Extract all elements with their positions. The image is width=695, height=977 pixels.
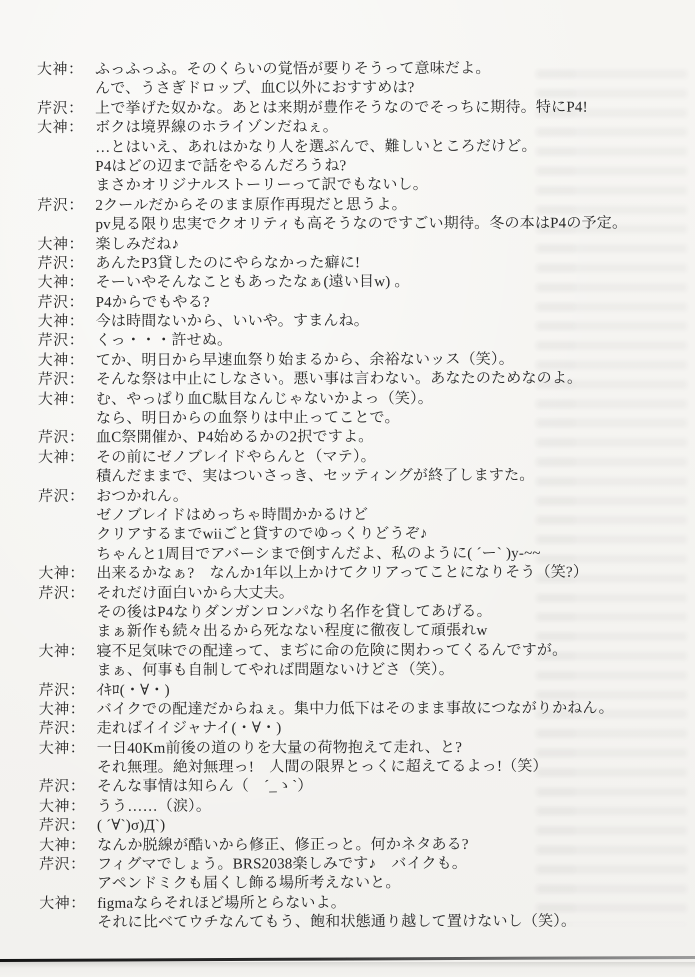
dialogue-line: 芹沢： それだけ面白いから大丈夫。 <box>38 583 668 604</box>
speaker-label: 芹沢： <box>39 817 97 837</box>
speaker-label: 大神： <box>38 274 96 294</box>
speaker-label: 大神： <box>39 798 97 818</box>
line-text: その前にゼノブレイドやらんと（マテ）。 <box>96 447 668 468</box>
line-text: pv見る限り忠実でクオリティも高そうなのですごい期待。冬の本はP4の予定。 <box>95 214 667 235</box>
line-text: そんな事情は知らん（ ´_ゝ`） <box>97 777 669 798</box>
dialogue-line: 大神： そーいやそんなこともあったなぁ(遠い目w) 。 <box>38 273 668 294</box>
dialogue-line: アペンドミクも届くし飾る場所考えないと。 <box>39 874 669 895</box>
speaker-label: 芹沢： <box>37 197 95 217</box>
dialogue-line: 芹沢： 走ればイイジャナイ(・∀・) <box>39 719 669 740</box>
dialogue-line: 大神： ふっふっふ。そのくらいの覚悟が要りそうって意味だよ。 <box>37 59 667 80</box>
dialogue-line: ゼノブレイドはめっちゃ時間かかるけど <box>38 505 668 526</box>
line-text: てか、明日から早速血祭り始まるから、余裕ないッス（笑）。 <box>96 350 668 371</box>
speaker-label: 大神： <box>37 119 95 139</box>
dialogue-line: 芹沢： くっ・・・許せぬ。 <box>38 331 668 352</box>
line-text: 出来るかなぁ? なんか1年以上かけてクリアってことになりそう（笑?） <box>96 564 668 585</box>
line-text: なんか脱線が酷いから修正、修正っと。何かネタある? <box>97 835 669 856</box>
dialogue-line: 芹沢： あんたP3貸したのにやらなかった癖に! <box>38 253 668 274</box>
dialogue-line: 大神： 今は時間ないから、いいや。すまんね。 <box>38 311 668 332</box>
dialogue-line: なら、明日からの血祭りは中止ってことで。 <box>38 408 668 429</box>
line-text: 一日40Km前後の道のりを大量の荷物抱えて走れ、と? <box>97 738 669 759</box>
dialogue-line: 大神： figmaならそれほど場所とらないよ。 <box>39 893 669 914</box>
line-text: んで、うさぎドロップ、血C以外におすすめは? <box>95 79 667 100</box>
dialogue-line: 大神： 出来るかなぁ? なんか1年以上かけてクリアってことになりそう（笑?） <box>38 564 668 585</box>
dialogue-line: 大神： うう……（涙）。 <box>39 796 669 817</box>
speaker-label: 大神： <box>39 643 97 663</box>
dialogue-line: P4はどの辺まで話をやるんだろうね? <box>37 156 667 177</box>
line-text: P4からでもやる? <box>96 292 668 313</box>
line-text: クリアするまでwiiごと貸すのでゆっくりどうぞ♪ <box>96 525 668 546</box>
line-text: ふっふっふ。そのくらいの覚悟が要りそうって意味だよ。 <box>95 59 667 80</box>
dialogue-line: 大神： なんか脱線が酷いから修正、修正っと。何かネタある? <box>39 835 669 856</box>
dialogue-line: 芹沢： フィグマでしょう。BRS2038楽しみです♪ バイクも。 <box>39 854 669 875</box>
line-text: あんたP3貸したのにやらなかった癖に! <box>96 253 668 274</box>
speaker-label: 芹沢： <box>39 856 97 876</box>
dialogue-line: 芹沢： おつかれん。 <box>38 486 668 507</box>
dialogue-line: 芹沢： 上で挙げた奴かな。あとは来期が豊作そうなのでそっちに期待。特にP4! <box>37 98 667 119</box>
line-text: まさかオリジナルストーリーって訳でもないし。 <box>95 176 667 197</box>
line-text: 血C祭開催か、P4始めるかの2択ですよ。 <box>96 428 668 449</box>
dialogue-line: まぁ、何事も自制してやれば問題ないけどさ（笑）。 <box>39 660 669 681</box>
dialogue-line: ちゃんと1周目でアバーシまで倒すんだよ、私のように( ´ー` )y-~~ <box>38 544 668 565</box>
dialogue-line: まぁ新作も続々出るから死なない程度に徹夜して頑張れw <box>38 622 668 643</box>
line-text: 2クールだからそのまま原作再現だと思うよ。 <box>95 195 667 216</box>
line-text: くっ・・・許せぬ。 <box>96 331 668 352</box>
line-text: まぁ新作も続々出るから死なない程度に徹夜して頑張れw <box>96 622 668 643</box>
speaker-label: 芹沢： <box>38 487 96 507</box>
line-text: 積んだままで、実はついさっき、セッティングが終了しますた。 <box>96 467 668 488</box>
speaker-label: 芹沢： <box>39 681 97 701</box>
speaker-label: 大神： <box>39 836 97 856</box>
line-text: figmaならそれほど場所とらないよ。 <box>97 893 669 914</box>
dialogue-line: まさかオリジナルストーリーって訳でもないし。 <box>37 176 667 197</box>
speaker-label: 芹沢： <box>38 294 96 314</box>
line-text: そんな祭は中止にしなさい。悪い事は言わない。あなたのためなのよ。 <box>96 370 668 391</box>
line-text: 走ればイイジャナイ(・∀・) <box>97 719 669 740</box>
dialogue-line: 大神： 楽しみだね♪ <box>37 234 667 255</box>
line-text: おつかれん。 <box>96 486 668 507</box>
speaker-label: 大神： <box>39 740 97 760</box>
dialogue-line: んで、うさぎドロップ、血C以外におすすめは? <box>37 79 667 100</box>
line-text: 楽しみだね♪ <box>95 234 667 255</box>
line-text: その後はP4なりダンガンロンパなり名作を貸してあげる。 <box>96 602 668 623</box>
dialogue-line: 芹沢： ( ´∀`)σ)Д`) <box>39 816 669 837</box>
dialogue-line: 芹沢： P4からでもやる? <box>38 292 668 313</box>
dialogue-line: 大神： 一日40Km前後の道のりを大量の荷物抱えて走れ、と? <box>39 738 669 759</box>
dialogue-line: 大神： 寝不足気味での配達って、まぢに命の危険に関わってくるんですが。 <box>39 641 669 662</box>
line-text: バイクでの配達だからねぇ。集中力低下はそのまま事故につながりかねん。 <box>97 699 669 720</box>
dialogue-line: 芹沢： そんな事情は知らん（ ´_ゝ`） <box>39 777 669 798</box>
dialogue-line: それ無理。絶対無理っ! 人間の限界とっくに超えてるよっ!（笑） <box>39 757 669 778</box>
dialogue-line: 大神： ボクは境界線のホライゾンだねぇ。 <box>37 118 667 139</box>
line-text: ｲｷﾛ(・∀・) <box>97 680 669 701</box>
line-text: 寝不足気味での配達って、まぢに命の危険に関わってくるんですが。 <box>97 641 669 662</box>
speaker-label: 芹沢： <box>38 429 96 449</box>
dialogue-line: その後はP4なりダンガンロンパなり名作を貸してあげる。 <box>38 602 668 623</box>
dialogue-line: 芹沢： 血C祭開催か、P4始めるかの2択ですよ。 <box>38 428 668 449</box>
line-text: ちゃんと1周目でアバーシまで倒すんだよ、私のように( ´ー` )y-~~ <box>96 544 668 565</box>
line-text: ボクは境界線のホライゾンだねぇ。 <box>95 118 667 139</box>
dialogue-line: 大神： てか、明日から早速血祭り始まるから、余裕ないッス（笑）。 <box>38 350 668 371</box>
line-text: む、やっぱり血C駄目なんじゃないかよっ（笑）。 <box>96 389 668 410</box>
dialogue-line: 芹沢： そんな祭は中止にしなさい。悪い事は言わない。あなたのためなのよ。 <box>38 370 668 391</box>
line-text: アペンドミクも届くし飾る場所考えないと。 <box>97 874 669 895</box>
line-text: それだけ面白いから大丈夫。 <box>96 583 668 604</box>
speaker-label: 芹沢： <box>37 100 95 120</box>
speaker-label: 芹沢： <box>39 778 97 798</box>
dialogue-line: 大神： その前にゼノブレイドやらんと（マテ）。 <box>38 447 668 468</box>
speaker-label: 大神： <box>38 352 96 372</box>
dialogue-text-block: 大神： ふっふっふ。そのくらいの覚悟が要りそうって意味だよ。 んで、うさぎドロッ… <box>37 59 669 933</box>
line-text: ( ´∀`)σ)Д`) <box>97 816 669 837</box>
speaker-label: 大神： <box>38 565 96 585</box>
dialogue-line: 芹沢： ｲｷﾛ(・∀・) <box>39 680 669 701</box>
speaker-label: 大神： <box>38 313 96 333</box>
speaker-label: 芹沢： <box>38 371 96 391</box>
line-text: 上で挙げた奴かな。あとは来期が豊作そうなのでそっちに期待。特にP4! <box>95 98 667 119</box>
speaker-label: 大神： <box>37 61 95 81</box>
line-text: 今は時間ないから、いいや。すまんね。 <box>96 311 668 332</box>
dialogue-line: 芹沢： 2クールだからそのまま原作再現だと思うよ。 <box>37 195 667 216</box>
line-text: うう……（涙）。 <box>97 796 669 817</box>
speaker-label: 大神： <box>37 235 95 255</box>
speaker-label: 大神： <box>38 390 96 410</box>
line-text: それに比べてウチなんてもう、飽和状態通り越して置けないし（笑）。 <box>97 913 669 934</box>
line-text: まぁ、何事も自制してやれば問題ないけどさ（笑）。 <box>97 660 669 681</box>
dialogue-line: 大神： む、やっぱり血C駄目なんじゃないかよっ（笑）。 <box>38 389 668 410</box>
dialogue-line: …とはいえ、あれはかなり人を選ぶんで、難しいところだけど。 <box>37 137 667 158</box>
line-text: そーいやそんなこともあったなぁ(遠い目w) 。 <box>96 273 668 294</box>
speaker-label: 大神： <box>38 449 96 469</box>
page-bottom-edge-shadow <box>0 962 695 977</box>
speaker-label: 芹沢： <box>38 255 96 275</box>
dialogue-line: 積んだままで、実はついさっき、セッティングが終了しますた。 <box>38 467 668 488</box>
line-text: なら、明日からの血祭りは中止ってことで。 <box>96 408 668 429</box>
dialogue-line: それに比べてウチなんてもう、飽和状態通り越して置けないし（笑）。 <box>39 913 669 934</box>
speaker-label: 芹沢： <box>39 720 97 740</box>
speaker-label: 大神： <box>39 895 97 915</box>
line-text: P4はどの辺まで話をやるんだろうね? <box>95 156 667 177</box>
speaker-label: 芹沢： <box>38 584 96 604</box>
line-text: ゼノブレイドはめっちゃ時間かかるけど <box>96 505 668 526</box>
line-text: それ無理。絶対無理っ! 人間の限界とっくに超えてるよっ!（笑） <box>97 757 669 778</box>
dialogue-line: クリアするまでwiiごと貸すのでゆっくりどうぞ♪ <box>38 525 668 546</box>
dialogue-line: 大神： バイクでの配達だからねぇ。集中力低下はそのまま事故につながりかねん。 <box>39 699 669 720</box>
line-text: …とはいえ、あれはかなり人を選ぶんで、難しいところだけど。 <box>95 137 667 158</box>
scanned-page: 大神： ふっふっふ。そのくらいの覚悟が要りそうって意味だよ。 んで、うさぎドロッ… <box>0 0 695 977</box>
speaker-label: 芹沢： <box>38 332 96 352</box>
dialogue-line: pv見る限り忠実でクオリティも高そうなのですごい期待。冬の本はP4の予定。 <box>37 214 667 235</box>
line-text: フィグマでしょう。BRS2038楽しみです♪ バイクも。 <box>97 854 669 875</box>
speaker-label: 大神： <box>39 701 97 721</box>
